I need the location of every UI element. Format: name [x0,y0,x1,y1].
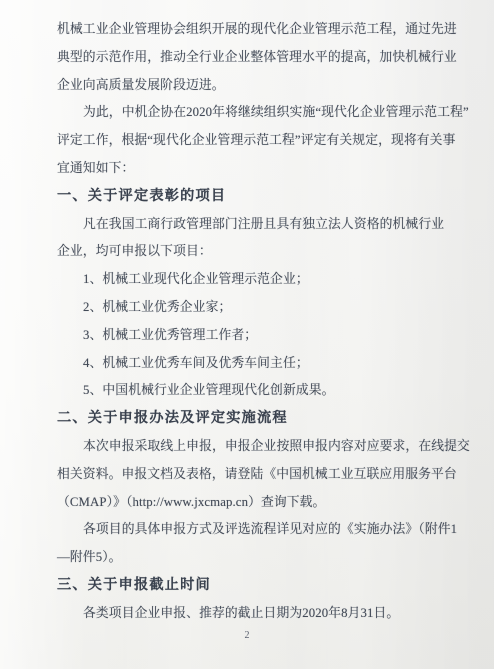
paragraph-line: 评定工作，根据“现代化企业管理示范工程”评定有关规定，现将有关事 [57,127,459,155]
page-number: 2 [0,630,494,641]
list-item-3: 3、机械工业优秀管理工作者； [57,322,459,350]
paragraph-line: 企业向高质量发展阶段迈进。 [57,72,459,100]
paragraph-line: 企业，均可申报以下项目： [57,238,459,266]
paragraph-line: 各类项目企业申报、推荐的截止日期为2020年8月31日。 [57,600,459,628]
paragraph-line: 相关资料。申报文档及表格，请登陆《中国机械工业互联应用服务平台 [57,461,459,489]
list-item-4: 4、机械工业优秀车间及优秀车间主任； [57,350,459,378]
list-item-1: 1、机械工业现代化企业管理示范企业； [57,266,459,294]
section-heading-2: 二、关于申报办法及评定实施流程 [57,405,459,433]
paragraph-line: 凡在我国工商行政管理部门注册且具有独立法人资格的机械行业 [57,211,459,239]
paragraph-line: 机械工业企业管理协会组织开展的现代化企业管理示范工程，通过先进 [57,16,459,44]
section-heading-1: 一、关于评定表彰的项目 [57,183,459,211]
paragraph-line: 宜通知如下： [57,155,459,183]
scanned-document-page: 机械工业企业管理协会组织开展的现代化企业管理示范工程，通过先进 典型的示范作用，… [0,0,494,669]
list-item-2: 2、机械工业优秀企业家； [57,294,459,322]
list-item-5: 5、中国机械行业企业管理现代化创新成果。 [57,377,459,405]
paragraph-line: —附件5）。 [57,544,459,572]
paragraph-line: 本次申报采取线上申报，申报企业按照申报内容对应要求，在线提交 [57,433,459,461]
paragraph-line: 典型的示范作用，推动全行业企业整体管理水平的提高，加快机械行业 [57,44,459,72]
paragraph-line: （CMAP）》（http://www.jxcmap.cn）查询下载。 [57,489,459,517]
document-body: 机械工业企业管理协会组织开展的现代化企业管理示范工程，通过先进 典型的示范作用，… [57,16,459,628]
section-heading-3: 三、关于申报截止时间 [57,572,459,600]
paragraph-line: 各项目的具体申报方式及评选流程详见对应的《实施办法》（附件1 [57,516,459,544]
paragraph-line: 为此，中机企协在2020年将继续组织实施“现代化企业管理示范工程” [57,99,459,127]
